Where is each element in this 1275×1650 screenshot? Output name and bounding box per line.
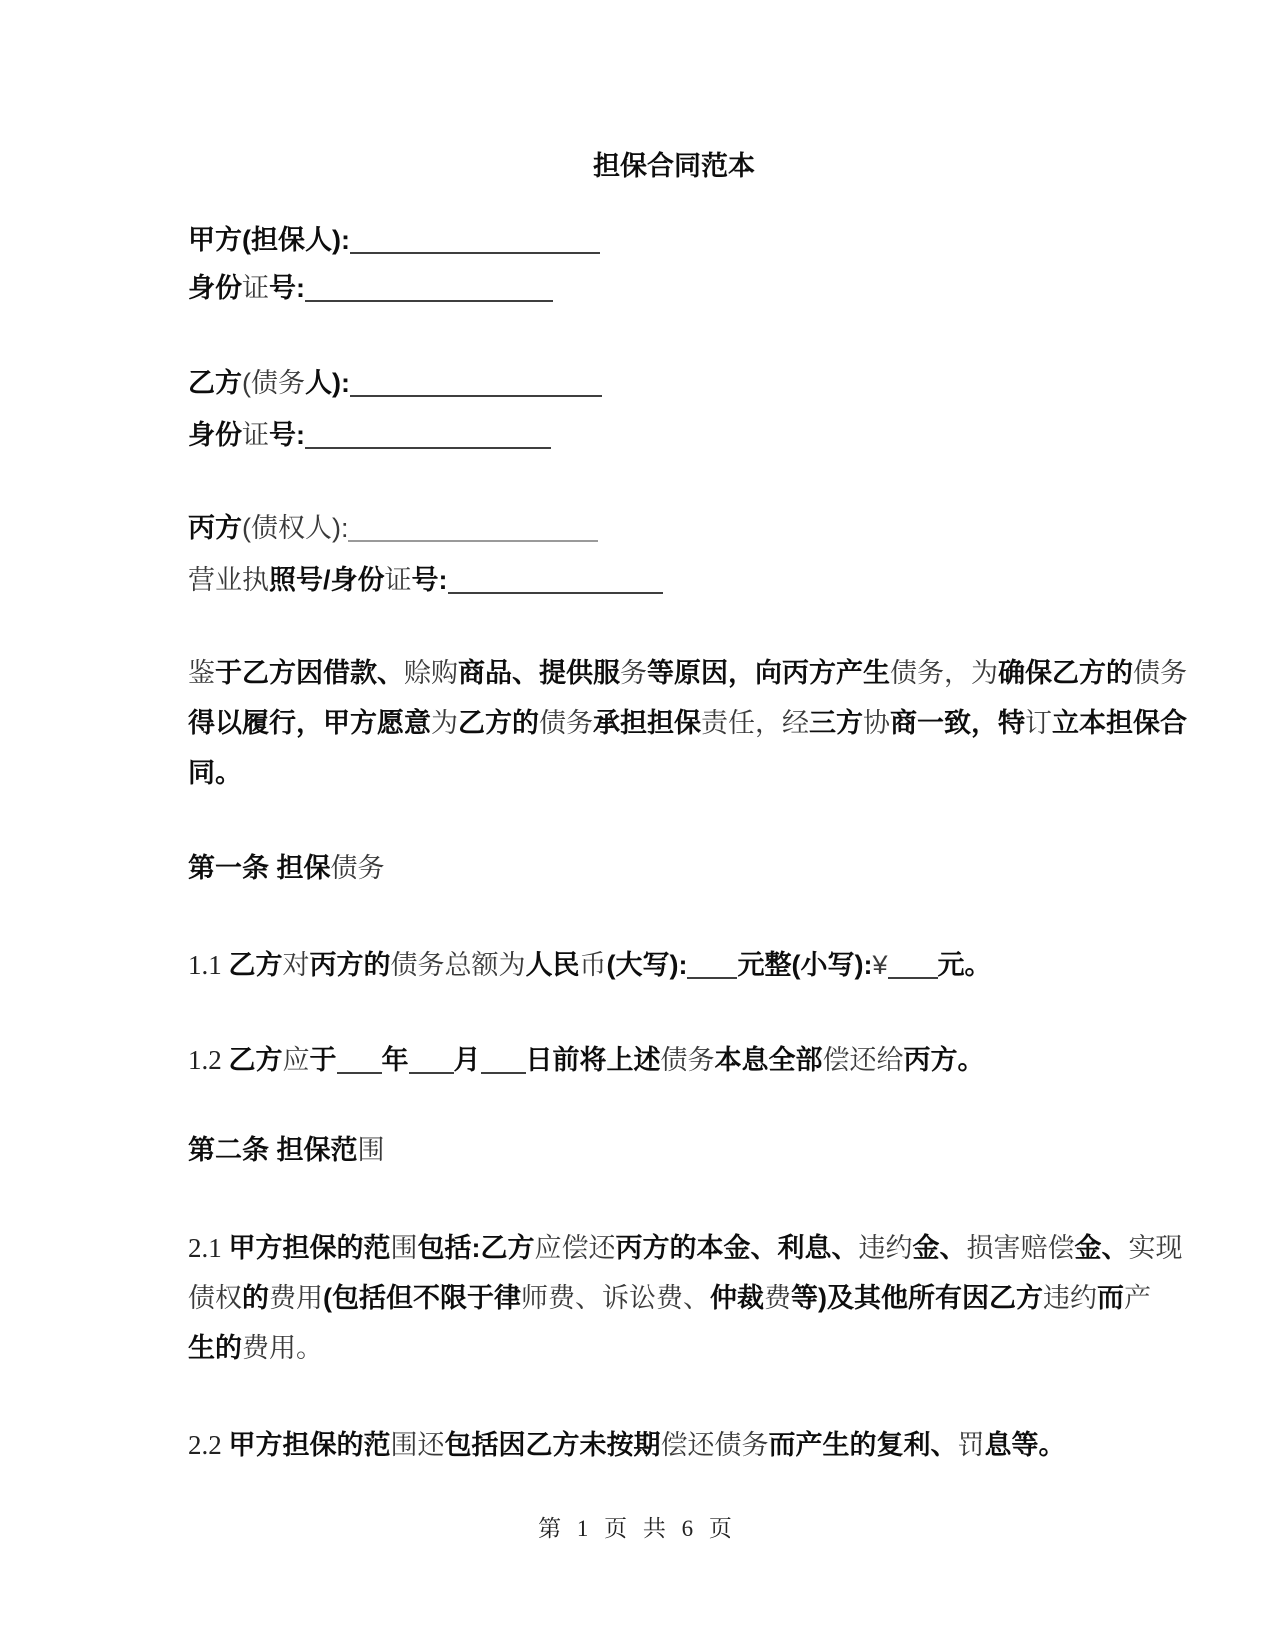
clause-2-1-line-2: 债权的费用(包括但不限于律师费、诉讼费、仲裁费等)及其他所有因乙方违约而产: [188, 1273, 1183, 1323]
party-c-license-line: 营业执照号/身份证号:: [188, 560, 663, 600]
clause-2-1: 2.1 甲方担保的范围包括:乙方应偿还丙方的本金、利息、违约金、损害赔偿金、实现…: [188, 1223, 1183, 1373]
contract-document-page: 担保合同范本 甲方(担保人): 身份证号: 乙方(债务人): 身份证号: 丙方(…: [0, 0, 1275, 1650]
text-run: 证: [242, 273, 269, 303]
preamble-line-2: 得以履行，甲方愿意为乙方的债务承担担保责任，经三方协商一致，特订立本担保合: [188, 698, 1187, 748]
clause-2-2: 2.2 甲方担保的范围还包括因乙方未按期偿还债务而产生的复利、罚息等。: [188, 1425, 1066, 1465]
text-run: 商品、提供服: [458, 658, 620, 688]
text-run: 营业执: [188, 565, 269, 595]
text-run: 乙方: [229, 950, 283, 980]
blank-field: [409, 1072, 454, 1074]
text-run: 产: [1124, 1283, 1151, 1313]
text-run: 应: [283, 1045, 310, 1075]
text-run: 1.1: [188, 950, 229, 980]
text-run: 甲方(担保人):: [188, 225, 350, 255]
text-run: 对: [283, 950, 310, 980]
blank-field: [448, 592, 663, 594]
text-run: 承担担保: [593, 708, 701, 738]
text-run: 包括因乙方未按期: [445, 1430, 661, 1460]
text-run: 商一致，特: [890, 708, 1025, 738]
text-run: 号:: [269, 420, 305, 450]
text-run: 债务: [331, 853, 385, 883]
text-run: 于: [310, 1045, 337, 1075]
party-b-id-line: 身份证号:: [188, 415, 551, 455]
text-run: 费用: [269, 1283, 323, 1313]
text-run: 偿还债务: [661, 1430, 769, 1460]
text-run: 币: [580, 950, 607, 980]
text-run: 乙方的: [458, 708, 539, 738]
text-run: 责任，: [701, 708, 782, 738]
text-run: 的: [242, 1283, 269, 1313]
text-run: 身份: [188, 420, 242, 450]
text-run: 本息全部: [715, 1045, 823, 1075]
text-run: 债务: [1133, 658, 1187, 688]
text-run: 担保合同范本: [593, 151, 755, 181]
blank-field: [481, 1072, 526, 1074]
text-run: 订: [1025, 708, 1052, 738]
text-run: 而: [1097, 1283, 1124, 1313]
clause-2-1-line-3: 生的费用。: [188, 1323, 1183, 1373]
text-run: 人民: [526, 950, 580, 980]
text-run: 协: [863, 708, 890, 738]
text-run: 费: [764, 1283, 791, 1313]
text-run: 金、: [1075, 1233, 1129, 1263]
text-run: 确保乙方的: [998, 658, 1133, 688]
text-run: 1.2: [188, 1045, 229, 1075]
text-run: 年: [382, 1045, 409, 1075]
text-run: 仲裁: [710, 1283, 764, 1313]
blank-field: [350, 252, 600, 254]
text-run: 应偿还: [535, 1233, 616, 1263]
text-run: 等)及其他所有因乙方: [791, 1283, 1043, 1313]
text-run: 三方: [809, 708, 863, 738]
text-run: 同。: [188, 758, 242, 788]
text-run: 损害赔偿: [967, 1233, 1075, 1263]
blank-field: [305, 447, 551, 449]
text-run: 而产生的复利、: [769, 1430, 958, 1460]
text-run: 号:: [412, 565, 448, 595]
text-run: 罚: [958, 1430, 985, 1460]
clause-2-1-line-1: 2.1 甲方担保的范围包括:乙方应偿还丙方的本金、利息、违约金、损害赔偿金、实现: [188, 1223, 1183, 1273]
text-run: 债权: [188, 1283, 242, 1313]
text-run: 身份: [188, 273, 242, 303]
text-run: 甲方担保的范: [229, 1430, 391, 1460]
text-run: 息等。: [985, 1430, 1066, 1460]
preamble-line-3: 同。: [188, 748, 1187, 798]
text-run: 号:: [269, 273, 305, 303]
text-run: 为: [431, 708, 458, 738]
text-run: 乙方: [229, 1045, 283, 1075]
text-run: 赊购: [404, 658, 458, 688]
article-1-heading: 第一条 担保债务: [188, 848, 385, 888]
text-run: 证: [242, 420, 269, 450]
text-run: ¥: [872, 950, 887, 980]
text-run: 第 1 页 共 6 页: [538, 1516, 737, 1541]
text-run: 日前将上述: [526, 1045, 661, 1075]
text-run: 2.2: [188, 1430, 229, 1460]
text-run: 生的: [188, 1333, 242, 1363]
text-run: 围: [391, 1233, 418, 1263]
text-run: 于乙方因借款、: [215, 658, 404, 688]
text-run: 照号/身份: [269, 565, 385, 595]
blank-field: [305, 300, 553, 302]
text-run: 第二条 担保范: [188, 1135, 358, 1165]
text-run: 得以履行，甲方愿意: [188, 708, 431, 738]
text-run: 围: [358, 1135, 385, 1165]
text-run: 立本担保合: [1052, 708, 1187, 738]
text-run: 费用。: [242, 1333, 323, 1363]
blank-field: [888, 977, 938, 979]
party-a-id-line: 身份证号:: [188, 268, 553, 308]
text-run: 债务，为: [890, 658, 998, 688]
document-title: 担保合同范本: [593, 146, 755, 186]
text-run: 债务总额为: [391, 950, 526, 980]
text-run: 丙方的本金、利息、: [616, 1233, 859, 1263]
text-run: 甲方担保的范: [229, 1233, 391, 1263]
text-run: 人):: [305, 368, 350, 398]
text-run: 丙方。: [904, 1045, 985, 1075]
text-run: 务: [620, 658, 647, 688]
text-run: (债权人):: [242, 513, 348, 543]
text-run: 经: [782, 708, 809, 738]
text-run: 围还: [391, 1430, 445, 1460]
text-run: 包括:乙方: [418, 1233, 535, 1263]
text-run: (大写):: [607, 950, 688, 980]
text-run: 月: [454, 1045, 481, 1075]
text-run: 鉴: [188, 658, 215, 688]
party-c-name-line: 丙方(债权人):: [188, 508, 598, 548]
text-run: 乙方: [188, 368, 242, 398]
text-run: 丙方: [188, 513, 242, 543]
text-run: 证: [385, 565, 412, 595]
text-run: (债务: [242, 368, 305, 398]
text-run: 债务: [661, 1045, 715, 1075]
text-run: 违约: [859, 1233, 913, 1263]
text-run: 元整(小写):: [737, 950, 872, 980]
text-run: 违约: [1043, 1283, 1097, 1313]
text-run: 师费、诉讼费、: [521, 1283, 710, 1313]
text-run: 实现: [1129, 1233, 1183, 1263]
blank-field: [348, 540, 598, 542]
text-run: 2.1: [188, 1233, 229, 1263]
clause-1-2: 1.2 乙方应于年月日前将上述债务本息全部偿还给丙方。: [188, 1040, 985, 1080]
blank-field: [337, 1072, 382, 1074]
text-run: (包括但不限于律: [323, 1283, 521, 1313]
text-run: 等原因，向丙方产生: [647, 658, 890, 688]
text-run: 丙方的: [310, 950, 391, 980]
article-2-heading: 第二条 担保范围: [188, 1130, 385, 1170]
clause-1-1: 1.1 乙方对丙方的债务总额为人民币(大写):元整(小写):¥元。: [188, 945, 992, 985]
text-run: 金、: [913, 1233, 967, 1263]
party-b-name-line: 乙方(债务人):: [188, 363, 602, 403]
blank-field: [350, 395, 602, 397]
preamble-line-1: 鉴于乙方因借款、赊购商品、提供服务等原因，向丙方产生债务，为确保乙方的债务: [188, 648, 1187, 698]
text-run: 元。: [938, 950, 992, 980]
blank-field: [687, 977, 737, 979]
party-a-name-line: 甲方(担保人):: [188, 220, 600, 260]
text-run: 债务: [539, 708, 593, 738]
text-run: 偿还给: [823, 1045, 904, 1075]
text-run: 第一条 担保: [188, 853, 331, 883]
preamble-paragraph: 鉴于乙方因借款、赊购商品、提供服务等原因，向丙方产生债务，为确保乙方的债务 得以…: [188, 648, 1187, 798]
page-footer: 第 1 页 共 6 页: [0, 1512, 1275, 1546]
